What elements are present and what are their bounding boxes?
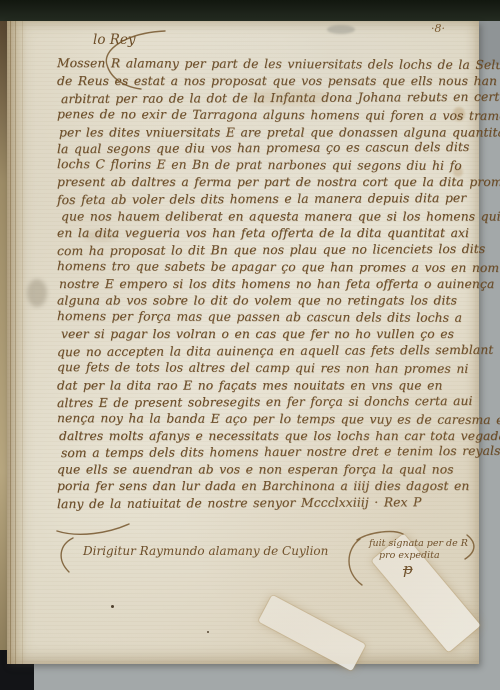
manuscript-line: altres E de present sobresegits en fer f…	[57, 394, 483, 413]
manuscript-line: homens tro que sabets be apagar ço que h…	[57, 259, 483, 278]
manuscript-line: veer si pagar los volran o en cas que fe…	[57, 327, 483, 344]
repair-strip	[258, 595, 366, 671]
manuscript-line: de Reus es estat a nos proposat que vos …	[57, 74, 483, 91]
manuscript-line: que ells se auendran ab vos e non espera…	[57, 463, 483, 480]
manuscript-line: lochs C florins E en Bn de prat narbones…	[57, 157, 483, 176]
gutter-crease	[22, 21, 23, 664]
manuscript-line: en la dita vegueria vos han feta offerta…	[57, 226, 483, 243]
manuscript-line: nostre E empero si los dits homens no ha…	[57, 277, 483, 294]
folio-number: ·8·	[431, 22, 445, 35]
page-gutter-edge	[7, 21, 27, 664]
dark-backdrop	[0, 0, 500, 21]
docket-left-bracket	[61, 538, 73, 572]
gutter-crease	[15, 21, 16, 664]
manuscript-line: arbitrat per rao de la dot de la Infanta…	[57, 90, 483, 109]
docket-right-bracket	[349, 539, 362, 585]
manuscript-line: lany de la natiuitat de nostre senyor Mc…	[57, 495, 483, 514]
address-docket: Dirigitur Raymundo alamany de Cuylion	[83, 544, 328, 558]
heading-lo-rey: lo Rey	[93, 32, 136, 48]
manuscript-line: poria fer sens dan lur dada en Barchinon…	[57, 479, 483, 496]
manuscript-line: que nos hauem deliberat en aquesta maner…	[57, 210, 483, 227]
manuscript-line: dat per la dita rao E no façats mes noui…	[57, 378, 483, 395]
manuscript-line: present ab daltres a ferma per part de n…	[57, 175, 483, 192]
manuscript-line: homens per força mas que passen ab cascu…	[57, 309, 483, 328]
underline-swash	[57, 524, 129, 534]
gutter-crease	[10, 21, 11, 664]
manuscript-line: com ha proposat lo dit Bn que nos plau q…	[57, 242, 483, 261]
manuscript-line: alguna ab vos sobre lo dit do volem que …	[57, 294, 483, 311]
book-spine-edge	[0, 21, 7, 665]
manuscript-line: fos feta ab voler dels dits homens e la …	[57, 191, 483, 210]
manuscript-line: nença noy ha la banda E aço per lo temps…	[57, 411, 483, 430]
manuscript-line: que no accepten la dita auinença en aque…	[57, 343, 483, 362]
manuscript-line: daltres molts afanys e necessitats que l…	[57, 429, 483, 446]
chancery-note: fuit signata per de R pro expedita	[369, 538, 468, 561]
manuscript-line: penes de no exir de Tarragona alguns hom…	[57, 107, 483, 126]
manuscript-page: ·8· lo Rey Mossen R alamany per part de …	[7, 21, 479, 664]
manuscript-line: som a temps dels dits homens hauer nostr…	[57, 444, 483, 463]
ink-speck	[207, 631, 209, 633]
photo-scene: ·8· lo Rey Mossen R alamany per part de …	[0, 0, 500, 690]
paper-stain	[27, 279, 47, 307]
paper-stain	[327, 25, 355, 34]
chancery-note-line: fuit signata per de R	[369, 538, 468, 550]
ink-speck	[111, 605, 114, 608]
registration-mark: p	[403, 560, 413, 578]
chancery-note-line: pro expedita	[369, 550, 468, 562]
manuscript-line: Mossen R alamany per part de les vniuers…	[57, 56, 483, 75]
body-text: Mossen R alamany per part de les vniuers…	[57, 57, 483, 513]
manuscript-line: que fets de tots los altres del camp qui…	[57, 360, 483, 379]
